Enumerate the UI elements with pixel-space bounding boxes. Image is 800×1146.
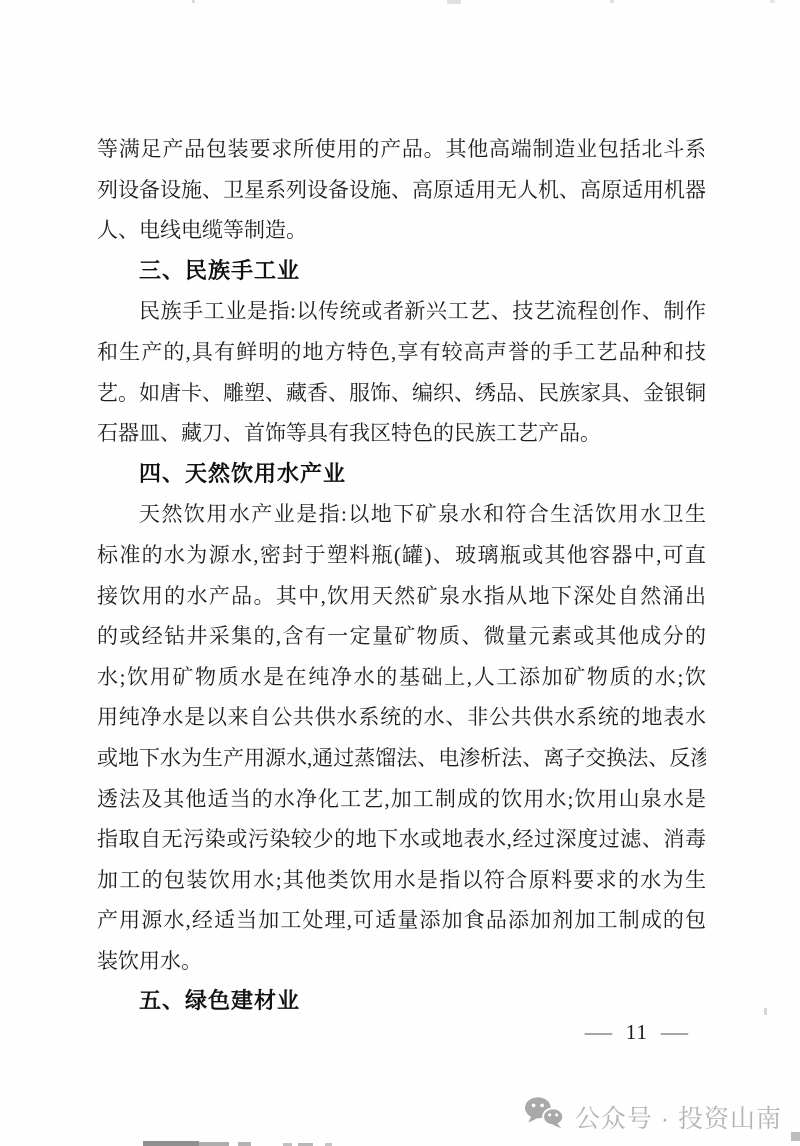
scan-artifact xyxy=(610,0,614,3)
scan-artifact xyxy=(770,0,775,3)
document-line: 等满足产品包装要求所使用的产品。其他高端制造业包括北斗系 xyxy=(97,129,706,170)
document-line: 的或经钻井采集的,含有一定量矿物质、微量元素或其他成分的 xyxy=(97,616,706,657)
document-line: 透法及其他适当的水净化工艺,加工制成的饮用水;饮用山泉水是 xyxy=(97,779,706,820)
text-block: 等满足产品包装要求所使用的产品。其他高端制造业包括北斗系列设备设施、卫星系列设备… xyxy=(97,129,706,1022)
scan-artifact xyxy=(199,1142,229,1146)
section-heading: 四、天然饮用水产业 xyxy=(97,454,706,495)
document-page: 等满足产品包装要求所使用的产品。其他高端制造业包括北斗系列设备设施、卫星系列设备… xyxy=(0,0,800,1146)
page-number-dash: — xyxy=(661,1020,690,1045)
document-line: 标准的水为源水,密封于塑料瓶(罐)、玻璃瓶或其他容器中,可直 xyxy=(97,535,706,576)
document-line: 天然饮用水产业是指:以地下矿泉水和符合生活饮用水卫生 xyxy=(97,494,706,535)
document-line: 艺。如唐卡、雕塑、藏香、服饰、编织、绣品、民族家具、金银铜铁木 xyxy=(97,373,706,414)
document-line: 加工的包装饮用水;其他类饮用水是指以符合原料要求的水为生 xyxy=(97,860,706,901)
document-line: 指取自无污染或污染较少的地下水或地表水,经过深度过滤、消毒 xyxy=(97,819,706,860)
scan-artifact xyxy=(791,1132,800,1141)
watermark: 公众号 · 投资山南 xyxy=(524,1096,782,1138)
scan-artifact xyxy=(447,0,461,4)
document-line: 装饮用水。 xyxy=(97,941,706,982)
watermark-text: 公众号 · 投资山南 xyxy=(575,1099,782,1135)
page-number: — 11 — xyxy=(588,1020,686,1045)
document-line: 产用源水,经适当加工处理,可适量添加食品添加剂加工制成的包 xyxy=(97,900,706,941)
document-line: 水;饮用矿物质水是在纯净水的基础上,人工添加矿物质的水;饮 xyxy=(97,657,706,698)
page-number-value: 11 xyxy=(626,1020,648,1045)
document-line: 和生产的,具有鲜明的地方特色,享有较高声誉的手工艺品种和技 xyxy=(97,332,706,373)
document-line: 人、电线电缆等制造。 xyxy=(97,210,706,251)
scan-artifact xyxy=(238,1142,251,1146)
scan-artifact xyxy=(764,1008,767,1015)
document-line: 或地下水为生产用源水,通过蒸馏法、电渗析法、离子交换法、反渗 xyxy=(97,738,706,779)
document-line: 接饮用的水产品。其中,饮用天然矿泉水指从地下深处自然涌出 xyxy=(97,576,706,617)
scan-artifact xyxy=(143,1141,199,1146)
section-heading: 三、民族手工业 xyxy=(97,251,706,292)
section-heading: 五、绿色建材业 xyxy=(97,981,706,1022)
document-line: 列设备设施、卫星系列设备设施、高原适用无人机、高原适用机器 xyxy=(97,170,706,211)
page-number-dash: — xyxy=(584,1020,613,1045)
document-line: 用纯净水是以来自公共供水系统的水、非公共供水系统的地表水 xyxy=(97,697,706,738)
document-line: 民族手工业是指:以传统或者新兴工艺、技艺流程创作、制作 xyxy=(97,291,706,332)
document-line: 石器皿、藏刀、首饰等具有我区特色的民族工艺产品。 xyxy=(97,413,706,454)
wechat-icon xyxy=(524,1096,566,1138)
scan-artifact xyxy=(192,0,195,3)
